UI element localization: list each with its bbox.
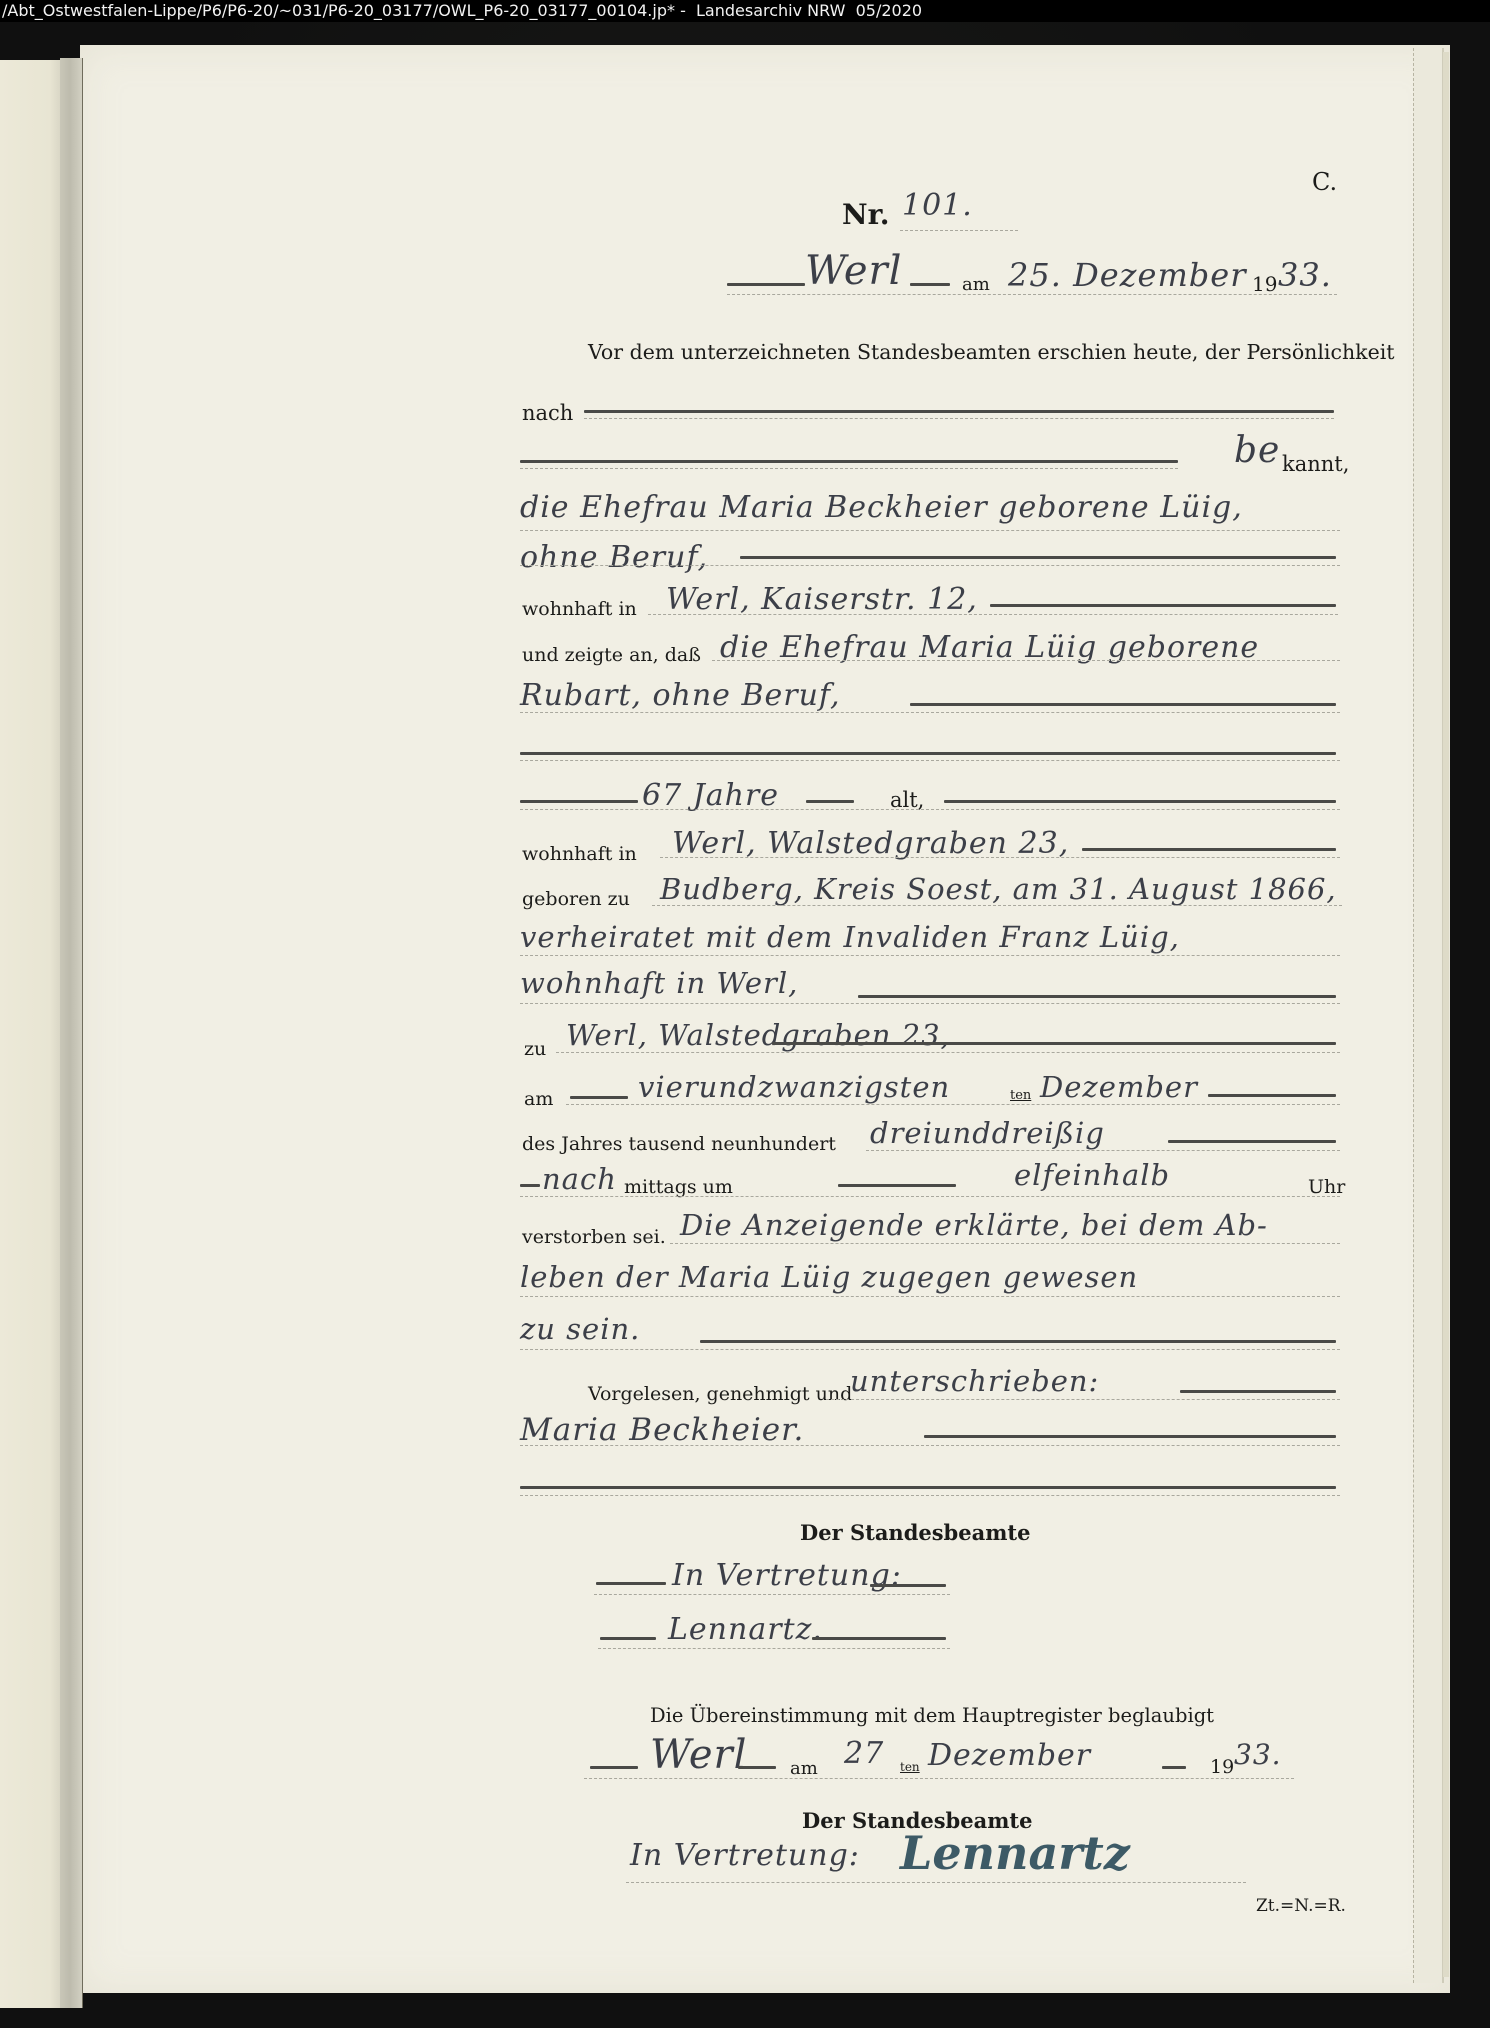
registration-year: 33. [1278, 256, 1332, 294]
reported-label: und zeigte an, daß [522, 644, 701, 666]
remark-line-1: Die Anzeigende erklärte, bei dem Ab- [680, 1208, 1268, 1242]
bekannt-print: kannt, [1282, 452, 1349, 476]
registrar-in-vertretung: In Vertretung: [672, 1558, 902, 1593]
informant-occupation: ohne Beruf, [520, 540, 708, 575]
nach-label: nach [522, 401, 573, 425]
record-number-label: Nr. [842, 198, 890, 231]
time-prefix: nach [542, 1162, 617, 1196]
deceased-residence-label: wohnhaft in [522, 843, 637, 865]
cert-date-prefix: am [790, 1758, 818, 1779]
date-prefix: am [962, 274, 990, 295]
death-day-suffix: ten [1010, 1088, 1031, 1103]
document-content: C. Nr. 101. Werl am 25. Dezember 19 33. … [0, 0, 1490, 2028]
deceased-birthname-occupation: Rubart, ohne Beruf, [520, 678, 841, 713]
death-place-label: zu [524, 1038, 546, 1060]
record-number: 101. [902, 188, 973, 223]
intro-text: Vor dem unterzeichneten Standesbeamten e… [588, 340, 1395, 364]
time-suffix: Uhr [1308, 1176, 1345, 1198]
bekannt-hand: be [1234, 430, 1280, 471]
died-label: verstorben sei. [522, 1226, 666, 1248]
death-place: Werl, Walstedgraben 23, [566, 1018, 951, 1052]
certification-text: Die Übereinstimmung mit dem Hauptregiste… [650, 1704, 1214, 1727]
read-approved-label: Vorgelesen, genehmigt und [588, 1383, 852, 1405]
spouse-residence: wohnhaft in Werl, [520, 966, 798, 1000]
informant-signature: Maria Beckheier. [520, 1412, 804, 1448]
read-approved-value: unterschrieben: [850, 1364, 1099, 1398]
cert-signature: Lennartz [900, 1826, 1130, 1880]
certification-month: Dezember [928, 1738, 1091, 1773]
deceased-age: 67 Jahre [642, 778, 779, 813]
cert-year-prefix: 19 [1210, 1756, 1234, 1778]
death-day: vierundzwanzigsten [638, 1070, 950, 1104]
birth-place-date: Budberg, Kreis Soest, am 31. August 1866… [660, 872, 1337, 906]
informant-residence: Werl, Kaiserstr. 12, [666, 582, 978, 617]
registration-date: 25. Dezember [1008, 256, 1247, 294]
time-value: elfeinhalb [1014, 1158, 1170, 1192]
registrar-heading: Der Standesbeamte [800, 1520, 1031, 1545]
cert-in-vertretung: In Vertretung: [630, 1838, 860, 1873]
remark-line-2: leben der Maria Lüig zugegen gewesen [520, 1260, 1138, 1294]
registrar-signature: Lennartz. [668, 1612, 823, 1647]
cert-day-suffix: ten [900, 1760, 920, 1774]
death-day-label: am [524, 1088, 553, 1110]
spouse-info: verheiratet mit dem Invaliden Franz Lüig… [520, 920, 1180, 954]
informant-name: die Ehefrau Maria Beckheier geborene Lüi… [520, 490, 1243, 525]
informant-residence-label: wohnhaft in [522, 598, 637, 620]
registration-place: Werl [805, 248, 902, 294]
death-month: Dezember [1040, 1070, 1198, 1104]
year-prefix: 19 [1252, 272, 1277, 296]
certification-day: 27 [844, 1736, 884, 1771]
certification-place: Werl [650, 1732, 747, 1778]
death-year: dreiunddreißig [870, 1116, 1105, 1150]
birth-label: geboren zu [522, 888, 630, 910]
time-label: mittags um [624, 1176, 733, 1198]
deceased-residence: Werl, Walstedgraben 23, [672, 826, 1069, 861]
death-year-label: des Jahres tausend neunhundert [522, 1133, 836, 1155]
remark-line-3: zu sein. [520, 1312, 640, 1346]
form-code: Zt.=N.=R. [1256, 1896, 1346, 1916]
window-title: /Abt_Ostwestfalen-Lippe/P6/P6-20/~031/P6… [0, 0, 1490, 22]
corner-mark: C. [1312, 168, 1337, 196]
certification-year: 33. [1234, 1738, 1282, 1771]
